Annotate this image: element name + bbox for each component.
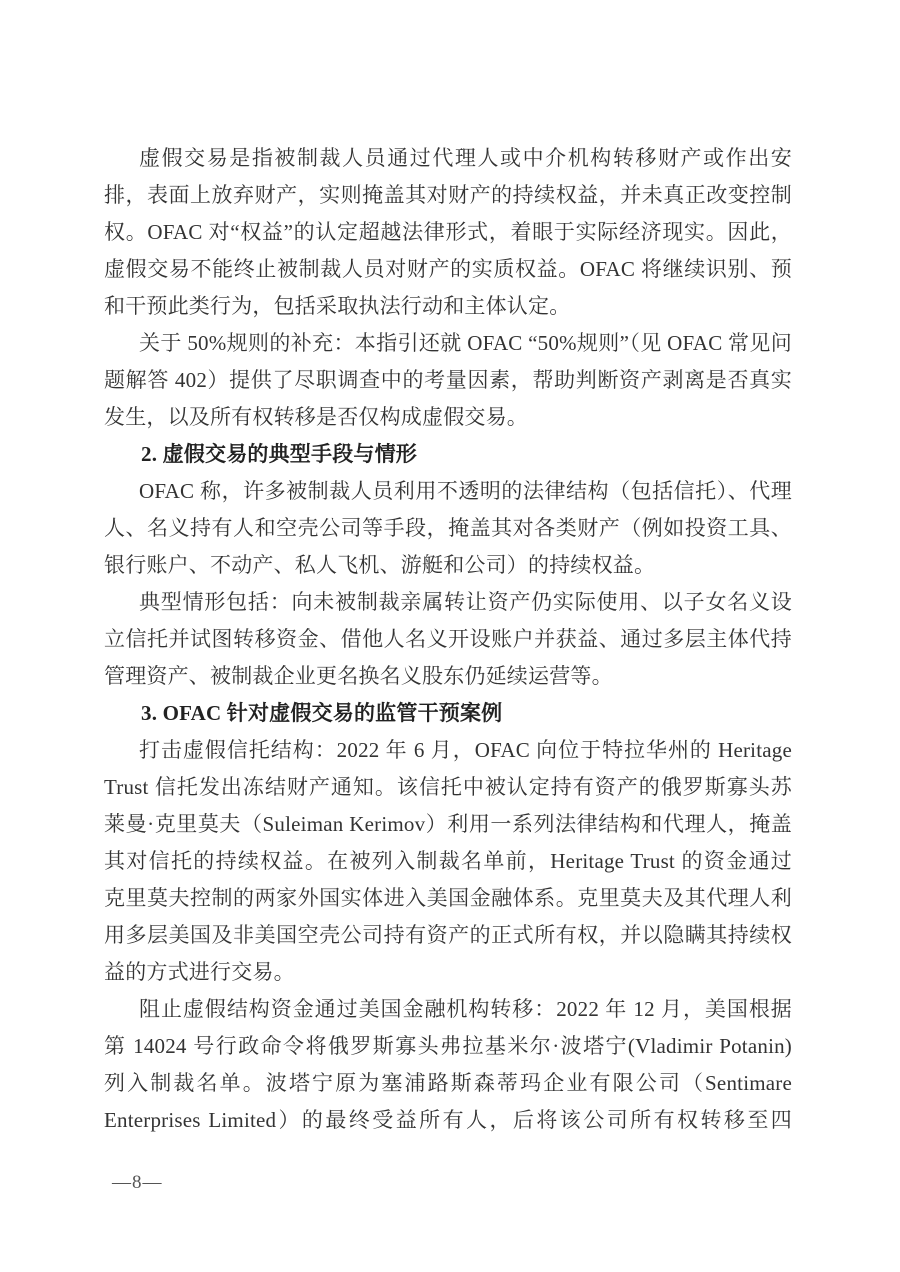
text-line: 人、名义持有人和空壳公司等手段，掩盖其对各类财产（例如投资工具、 <box>104 510 792 547</box>
text-line: 打击虚假信托结构：2022 年 6 月，OFAC 向位于特拉华州的 Herita… <box>104 732 792 769</box>
text-line: 益的方式进行交易。 <box>104 954 792 991</box>
text-line: 虚假交易是指被制裁人员通过代理人或中介机构转移财产或作出安 <box>104 140 792 177</box>
text-line: 莱曼·克里莫夫（Suleiman Kerimov）利用一系列法律结构和代理人，掩… <box>104 806 792 843</box>
text-line: 典型情形包括：向未被制裁亲属转让资产仍实际使用、以子女名义设 <box>104 584 792 621</box>
text-line: 关于 50%规则的补充：本指引还就 OFAC “50%规则”（见 OFAC 常见… <box>104 325 792 362</box>
text-line: 阻止虚假结构资金通过美国金融机构转移：2022 年 12 月，美国根据 <box>104 991 792 1028</box>
section-heading-2: 2. 虚假交易的典型手段与情形 <box>104 436 792 473</box>
text-line: 题解答 402）提供了尽职调查中的考量因素，帮助判断资产剥离是否真实 <box>104 362 792 399</box>
text-line: 用多层美国及非美国空壳公司持有资产的正式所有权，并以隐瞒其持续权 <box>104 917 792 954</box>
document-page: 虚假交易是指被制裁人员通过代理人或中介机构转移财产或作出安 排，表面上放弃财产，… <box>0 0 900 1272</box>
text-line: 权。OFAC 对“权益”的认定超越法律形式，着眼于实际经济现实。因此， <box>104 214 792 251</box>
text-line: 克里莫夫控制的两家外国实体进入美国金融体系。克里莫夫及其代理人利 <box>104 880 792 917</box>
document-body: 虚假交易是指被制裁人员通过代理人或中介机构转移财产或作出安 排，表面上放弃财产，… <box>104 140 792 1139</box>
section-heading-3: 3. OFAC 针对虚假交易的监管干预案例 <box>104 695 792 732</box>
text-line: 发生，以及所有权转移是否仅构成虚假交易。 <box>104 399 792 436</box>
text-line: 银行账户、不动产、私人飞机、游艇和公司）的持续权益。 <box>104 547 792 584</box>
text-line: 和干预此类行为，包括采取执法行动和主体认定。 <box>104 288 792 325</box>
text-line: OFAC 称，许多被制裁人员利用不透明的法律结构（包括信托）、代理 <box>104 473 792 510</box>
page-number: —8— <box>112 1168 163 1198</box>
text-line: 虚假交易不能终止被制裁人员对财产的实质权益。OFAC 将继续识别、预防 <box>104 251 792 288</box>
text-line: 其对信托的持续权益。在被列入制裁名单前，Heritage Trust 的资金通过 <box>104 843 792 880</box>
text-line: 第 14024 号行政命令将俄罗斯寡头弗拉基米尔·波塔宁(Vladimir Po… <box>104 1028 792 1065</box>
text-line: 立信托并试图转移资金、借他人名义开设账户并获益、通过多层主体代持 <box>104 621 792 658</box>
text-line: Enterprises Limited）的最终受益所有人，后将该公司所有权转移至… <box>104 1102 792 1139</box>
text-line: Trust 信托发出冻结财产通知。该信托中被认定持有资产的俄罗斯寡头苏 <box>104 769 792 806</box>
text-line: 列入制裁名单。波塔宁原为塞浦路斯森蒂玛企业有限公司（Sentimare <box>104 1065 792 1102</box>
text-line: 排，表面上放弃财产，实则掩盖其对财产的持续权益，并未真正改变控制 <box>104 177 792 214</box>
text-line: 管理资产、被制裁企业更名换名义股东仍延续运营等。 <box>104 658 792 695</box>
